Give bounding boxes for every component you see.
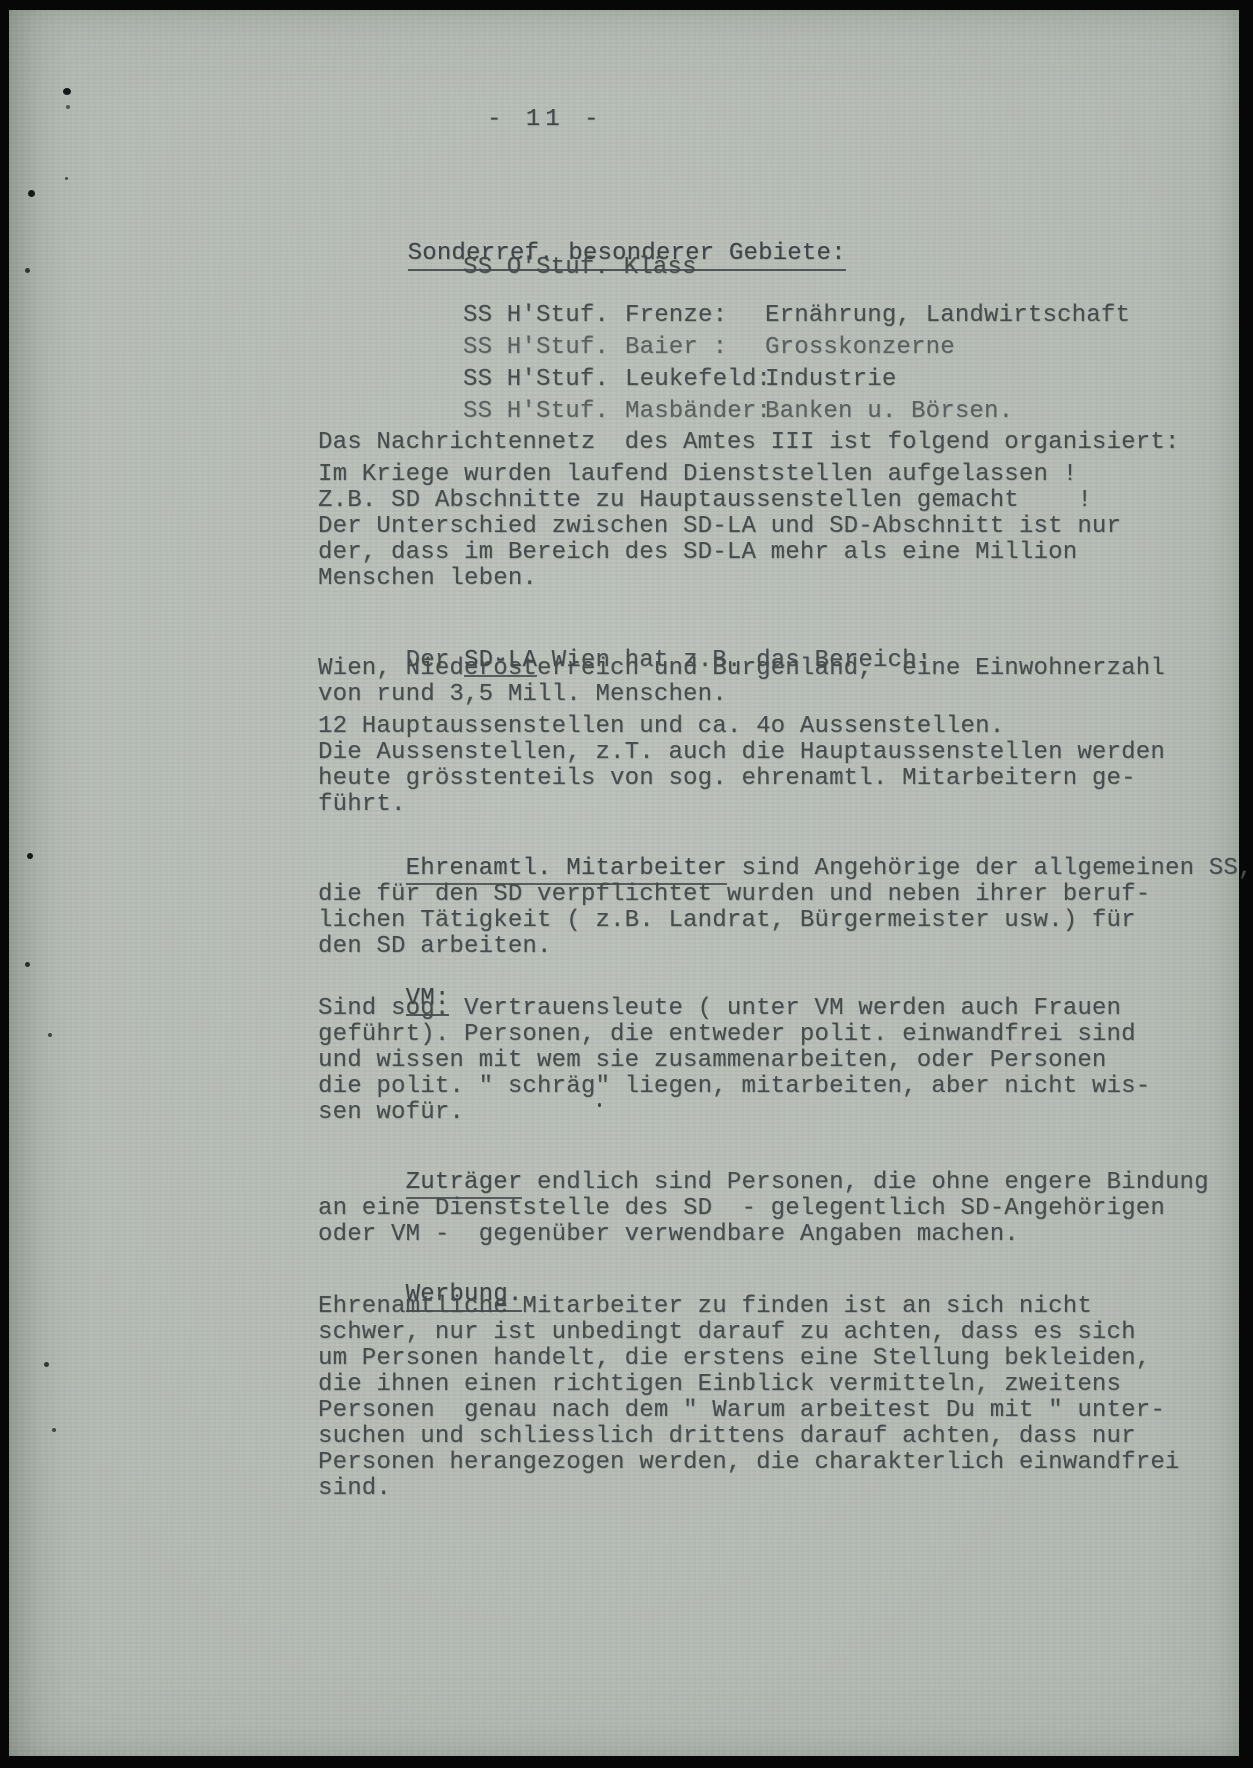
scan-speck bbox=[48, 1033, 52, 1037]
scan-speck bbox=[52, 1428, 56, 1432]
scan-speck bbox=[28, 190, 35, 197]
officer-row: SS H'Stuf. Leukefeld: Industrie bbox=[463, 367, 896, 393]
officer-row: SS H'Stuf. Baier : Grosskonzerne bbox=[463, 335, 955, 361]
officer-name: Masbänder: bbox=[625, 399, 765, 425]
scan-speck bbox=[65, 177, 68, 180]
officer-area: Grosskonzerne bbox=[765, 335, 955, 361]
zutraeger-paragraph: Zuträger endlich sind Personen, die ohne… bbox=[318, 1144, 1209, 1274]
officer-row: SS H'Stuf. Masbänder: Banken u. Börsen. bbox=[463, 399, 1013, 425]
vm-paragraph: Sind sog. Vertrauensleute ( unter VM wer… bbox=[318, 996, 1150, 1126]
officer-rank: SS H'Stuf. bbox=[463, 303, 625, 329]
paper-sheet: - 11 - Sonderref. besonderer Gebiete: SS… bbox=[9, 10, 1239, 1756]
scanned-document-page: - 11 - Sonderref. besonderer Gebiete: SS… bbox=[0, 0, 1253, 1768]
scan-speck bbox=[27, 853, 33, 859]
officer-lead: SS O'Stuf. Kläss bbox=[463, 255, 697, 281]
ehrenamtliche-paragraph: Ehrenamtl. Mitarbeiter sind Angehörige d… bbox=[318, 830, 1253, 986]
scan-speck bbox=[63, 88, 71, 95]
officer-name: Frenze: bbox=[625, 303, 765, 329]
sd-la-wien-paragraph2: 12 Hauptaussenstellen und ca. 4o Aussens… bbox=[318, 714, 1165, 818]
officer-rank: SS H'Stuf. bbox=[463, 399, 625, 425]
officer-rank: SS H'Stuf. bbox=[463, 367, 625, 393]
nachrichtennetz-intro: Das Nachrichtennetz des Amtes III ist fo… bbox=[318, 430, 1180, 456]
scan-speck bbox=[66, 105, 70, 109]
officer-name: Baier : bbox=[625, 335, 765, 361]
page-number: - 11 - bbox=[487, 107, 603, 133]
officer-name: Leukefeld: bbox=[625, 367, 765, 393]
werbung-paragraph: Ehrenamtliche Mitarbeiter zu finden ist … bbox=[318, 1294, 1180, 1502]
officer-row: SS H'Stuf. Frenze: Ernährung, Landwirtsc… bbox=[463, 303, 1130, 329]
scan-speck bbox=[25, 268, 30, 273]
nachrichtennetz-paragraph: Im Kriege wurden laufend Dienststellen a… bbox=[318, 462, 1121, 592]
sd-la-wien-paragraph1: Wien, Niederösterreich und Burgenland, e… bbox=[318, 656, 1165, 708]
officer-rank: SS H'Stuf. bbox=[463, 335, 625, 361]
scan-speck bbox=[25, 962, 30, 967]
officer-area: Banken u. Börsen. bbox=[765, 399, 1013, 425]
scan-speck bbox=[44, 1362, 49, 1367]
officer-area: Industrie bbox=[765, 367, 896, 393]
officer-area: Ernährung, Landwirtschaft bbox=[765, 303, 1130, 329]
